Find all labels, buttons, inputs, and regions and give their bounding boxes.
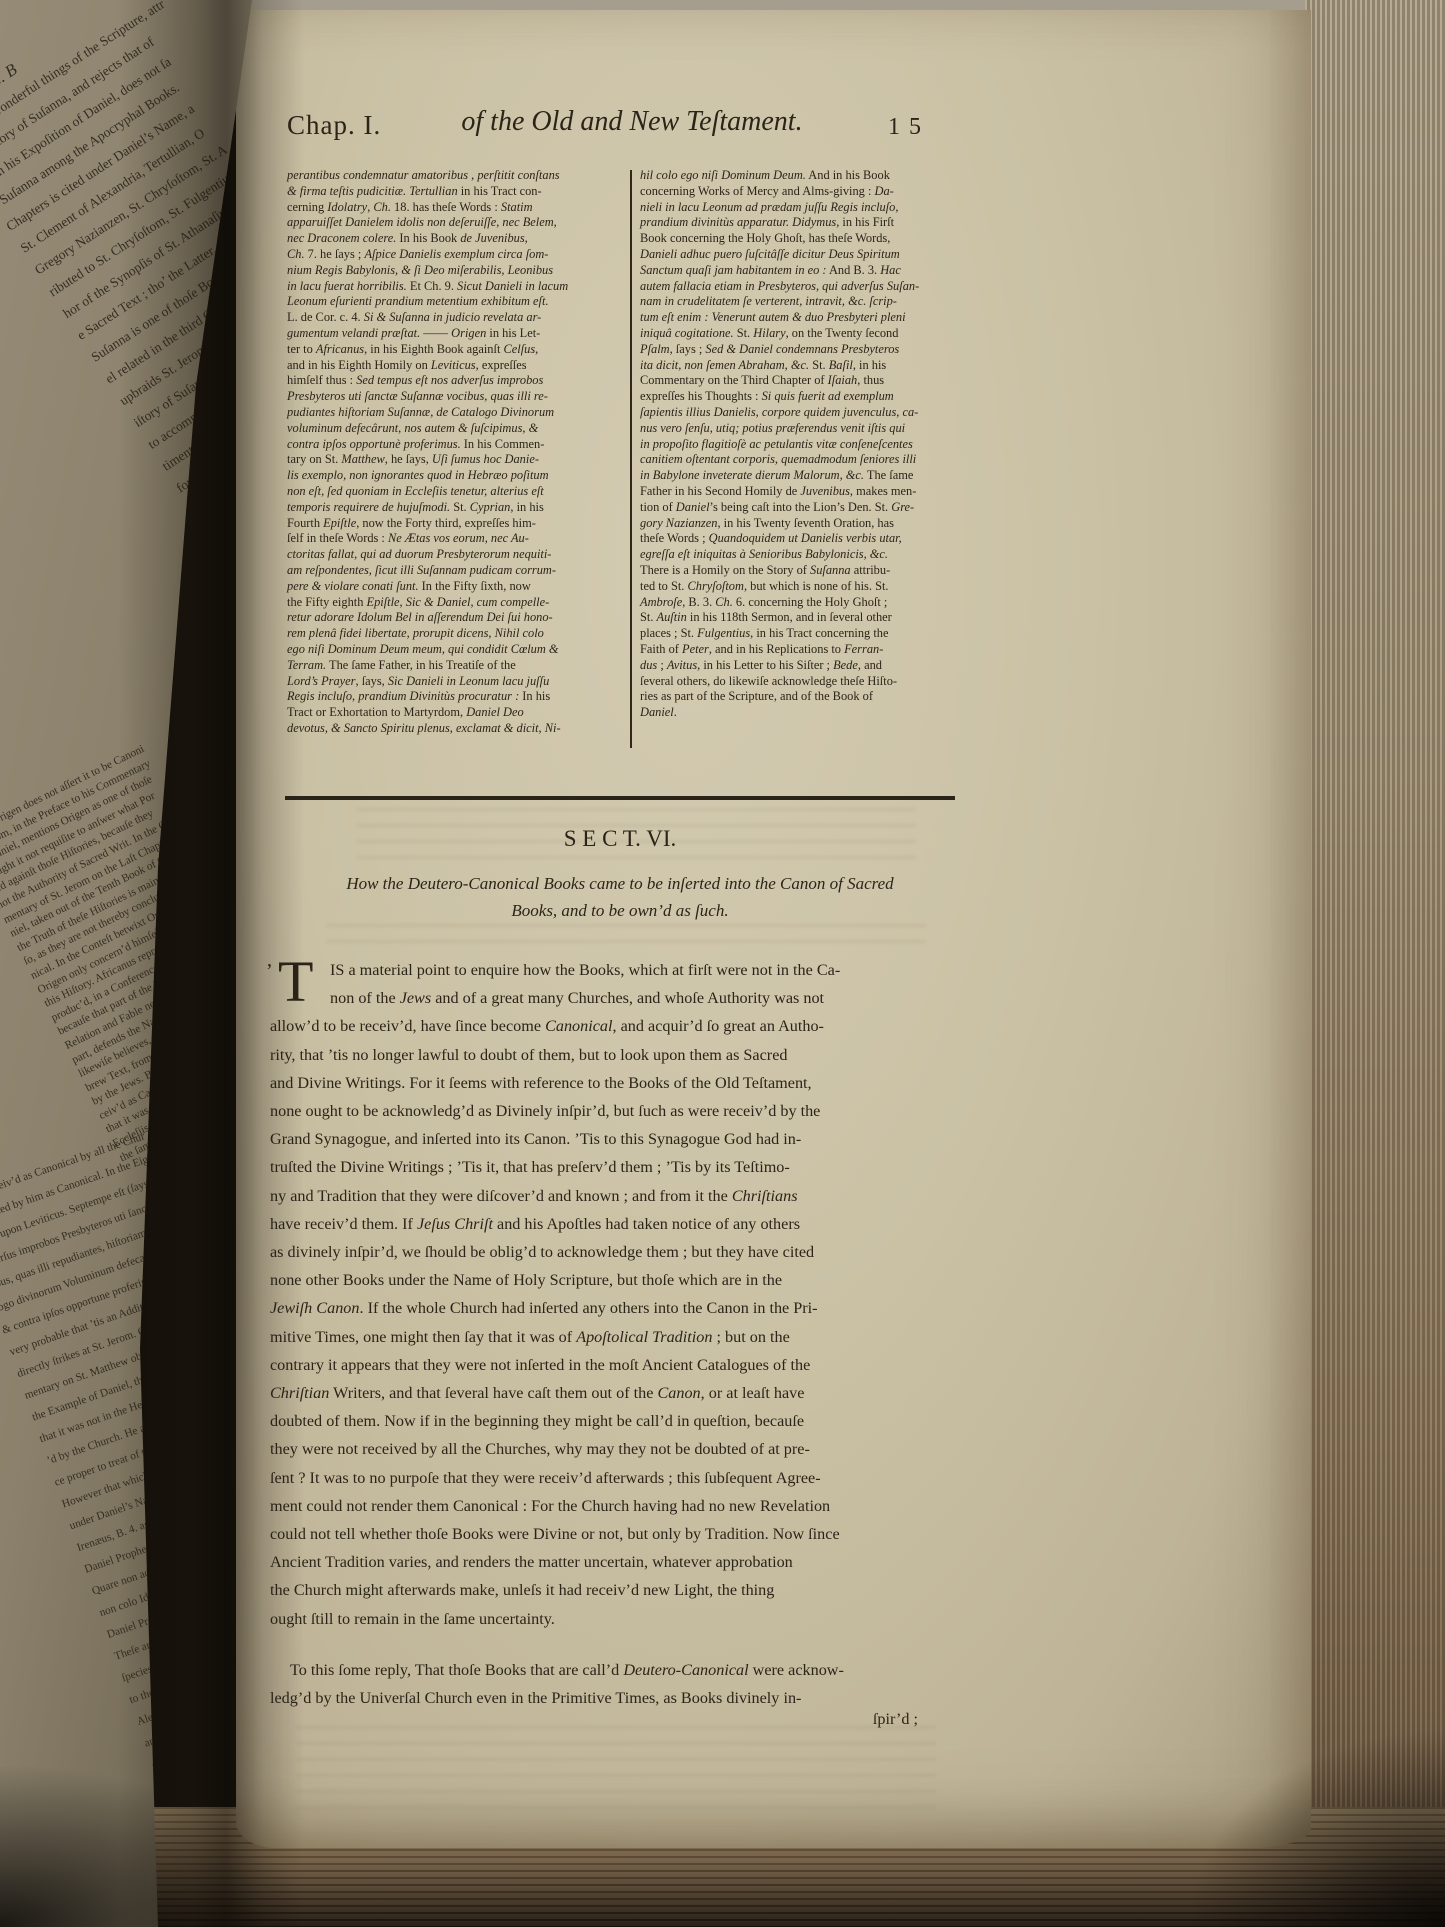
text-line: in lacu fuerat horribilis. Et Ch. 9. Sic…	[287, 279, 619, 295]
text-line: the Church might afterwards make, unleſs…	[270, 1576, 960, 1604]
text-line: Faith of Peter, and in his Replications …	[640, 642, 954, 658]
text-line: Tract or Exhortation to Martyrdom, Danie…	[287, 705, 619, 721]
text-line: concerning Works of Mercy and Alms-givin…	[640, 184, 954, 200]
text-line: ny and Tradition that they were diſcover…	[270, 1182, 960, 1210]
text-line: Ambroſe, B. 3. Ch. 6. concerning the Hol…	[640, 595, 954, 611]
text-line: pere & violare conati ſunt. In the Fifty…	[287, 579, 619, 595]
text-line: in propoſito flagitioſè ac petulantis vi…	[640, 437, 954, 453]
text-line: none ought to be acknowledg’d as Divinel…	[270, 1097, 960, 1125]
text-line: Sanctum quaſi jam habitantem in eo : And…	[640, 263, 954, 279]
text-line: nieli in lacu Leonum ad prædam juſſu Reg…	[640, 200, 954, 216]
text-line: non of the Jews and of a great many Chur…	[270, 984, 960, 1012]
text-line: ego niſi Dominum Deum meum, qui condidit…	[287, 642, 619, 658]
book-fore-edge	[1305, 0, 1445, 1927]
text-line: prandium divinitùs apparatur. Didymus, i…	[640, 215, 954, 231]
column-divider-rule	[630, 170, 632, 748]
text-line: tum eſt enim : Venerunt autem & duo Pres…	[640, 310, 954, 326]
text-line: and in his Eighth Homily on Leviticus, e…	[287, 358, 619, 374]
text-line: temporis requirere de hujuſmodi. St. Cyp…	[287, 500, 619, 516]
text-line: ſeveral others, do likewiſe acknowledge …	[640, 674, 954, 690]
text-line: the Fifty eighth Epiſtle, Sic & Daniel, …	[287, 595, 619, 611]
text-line: pudiantes hiſtoriam Suſannæ, de Catalogo…	[287, 405, 619, 421]
text-line: and Divine Writings. For it ſeems with r…	[270, 1069, 960, 1097]
text-line: voluminum defecârunt, nos autem & ſuſcip…	[287, 421, 619, 437]
text-line: theſe Words ; Quandoquidem ut Danielis v…	[640, 531, 954, 547]
text-line: perantibus condemnatur amatoribus , perſ…	[287, 168, 619, 184]
text-line: Danieli adhuc puero ſuſcitâſſe dicitur D…	[640, 247, 954, 263]
text-line: ment could not render them Canonical : F…	[270, 1492, 960, 1520]
text-line: ſelf in theſe Words : Ne Ætas vos eorum,…	[287, 531, 619, 547]
text-line: apparuiſſet Danielem idolis non deſeruiſ…	[287, 215, 619, 231]
text-line: Presbyteros uti ſanctæ Suſannæ vocibus, …	[287, 389, 619, 405]
text-line: none other Books under the Name of Holy …	[270, 1266, 960, 1294]
text-line: nam in crudelitatem ſe verterent, intrav…	[640, 294, 954, 310]
text-line: Chriſtian Writers, and that ſeveral have…	[270, 1379, 960, 1407]
text-column-left: perantibus condemnatur amatoribus , perſ…	[287, 168, 619, 737]
text-line: tary on St. Matthew, he ſays, Uſi ſumus …	[287, 452, 619, 468]
text-line: dus ; Avitus, in his Letter to his Siſte…	[640, 658, 954, 674]
text-line: contrary it appears that they were not i…	[270, 1351, 960, 1379]
section-heading-line: Books, and to be own’d as ſuch.	[285, 897, 955, 924]
facing-page-text-upper: Canon, &c. Bning the Wonderful things of…	[0, 0, 268, 522]
main-page: Chap. I. of the Old and New Teſtament. 1…	[236, 10, 1311, 1848]
text-line: ries as part of the Scripture, and of th…	[640, 689, 954, 705]
text-line: Ancient Tradition varies, and renders th…	[270, 1548, 960, 1576]
text-line: Book concerning the Holy Ghoſt, has theſ…	[640, 231, 954, 247]
text-line: Grand Synagogue, and inſerted into its C…	[270, 1125, 960, 1153]
text-line: Regis incluſo, prandium Divinitùs procur…	[287, 689, 619, 705]
text-line: cerning Idolatry, Ch. 18. has theſe Word…	[287, 200, 619, 216]
text-line: hil colo ego niſi Dominum Deum. And in h…	[640, 168, 954, 184]
text-line: ter to Africanus, in his Eighth Book aga…	[287, 342, 619, 358]
text-line: ſent ? It was to no purpoſe that they we…	[270, 1464, 960, 1492]
body-paragraph-1: IS a material point to enquire how the B…	[270, 956, 960, 1633]
photo-bottom-right-shadow	[1185, 1727, 1445, 1927]
text-line: ought ſtill to remain in the ſame uncert…	[270, 1605, 960, 1633]
section-label: S E C T. VI.	[285, 826, 955, 852]
ink-bleed-through	[296, 1726, 936, 1822]
section-divider-rule	[285, 796, 955, 800]
text-line: egreſſa eſt iniquitas à Senioribus Babyl…	[640, 547, 954, 563]
facing-page-edge: Canon, &c. Bning the Wonderful things of…	[0, 0, 268, 1927]
text-line: rity, that ’tis no longer lawful to doub…	[270, 1041, 960, 1069]
text-line: could not tell whether thoſe Books were …	[270, 1520, 960, 1548]
text-column-right: hil colo ego niſi Dominum Deum. And in h…	[640, 168, 954, 721]
text-line: & firma teſtis pudicitiæ. Tertullian in …	[287, 184, 619, 200]
facing-page-footnote: (e) Yet Origen does not aſſert it to be …	[0, 585, 268, 1167]
text-line: nium Regis Babylonis, & ſi Deo miſerabil…	[287, 263, 619, 279]
text-line: devotus, & Sancto Spiritu plenus, exclam…	[287, 721, 619, 737]
text-line: himſelf thus : Sed tempus eſt nos adverſ…	[287, 373, 619, 389]
text-line: tion of Daniel’s being caſt into the Lio…	[640, 500, 954, 516]
text-line: iniquâ cogitatione. St. Hilary, on the T…	[640, 326, 954, 342]
text-line: Father in his Second Homily de Juvenibus…	[640, 484, 954, 500]
text-line: expreſſes his Thoughts : Si quis fuerit …	[640, 389, 954, 405]
text-line: retur adorare Idolum Bel in aſſerendum D…	[287, 610, 619, 626]
text-line: have receiv’d them. If Jeſus Chriſt and …	[270, 1210, 960, 1238]
text-line: gory Nazianzen, in his Twenty ſeventh Or…	[640, 516, 954, 532]
text-line: IS a material point to enquire how the B…	[270, 956, 960, 984]
page-number: 15	[888, 114, 930, 141]
section-heading: How the Deutero-Canonical Books came to …	[285, 870, 955, 924]
text-line: autem fallacia etiam in Presbyteros, qui…	[640, 279, 954, 295]
text-line: Leonum eſurienti prandium metentium exhi…	[287, 294, 619, 310]
running-title: of the Old and New Teſtament.	[412, 106, 852, 138]
text-line: in Babylone inveterate dierum Malorum, &…	[640, 468, 954, 484]
ink-bleed-through	[326, 924, 926, 954]
text-line: Pſalm, ſays ; Sed & Daniel condemnans Pr…	[640, 342, 954, 358]
text-line: To this ſome reply, That thoſe Books tha…	[270, 1656, 960, 1684]
text-line: There is a Homily on the Story of Suſann…	[640, 563, 954, 579]
text-line: Lord’s Prayer, ſays, Sic Danieli in Leon…	[287, 674, 619, 690]
text-line: nec Draconem colere. In his Book de Juve…	[287, 231, 619, 247]
text-line: L. de Cor. c. 4. Si & Suſanna in judicio…	[287, 310, 619, 326]
text-line: ctoritas fallat, qui ad duorum Presbyter…	[287, 547, 619, 563]
text-line: Commentary on the Third Chapter of Iſaia…	[640, 373, 954, 389]
text-line: doubted of them. Now if in the beginning…	[270, 1407, 960, 1435]
text-line: places ; St. Fulgentius, in his Tract co…	[640, 626, 954, 642]
text-line: lis exemplo, non ignorantes quod in Hebr…	[287, 468, 619, 484]
text-line: Terram. The ſame Father, in his Treatiſe…	[287, 658, 619, 674]
text-line: Ch. 7. he ſays ; Aſpice Danielis exemplu…	[287, 247, 619, 263]
text-line: mitive Times, one might then ſay that it…	[270, 1323, 960, 1351]
text-line: ita dicit, non ſemen Abraham, &c. St. Ba…	[640, 358, 954, 374]
catchword: ſpir’d ;	[270, 1710, 918, 1729]
text-line: gumentum velandi præſtat. —— Origen in h…	[287, 326, 619, 342]
text-line: truſted the Divine Writings ; ’Tis it, t…	[270, 1153, 960, 1181]
text-line: nus vero ſenſu, utiq; potius præferendus…	[640, 421, 954, 437]
photo-bottom-left-shadow	[0, 1767, 300, 1927]
text-line: canitiem oſtentant corporis, quemadmodum…	[640, 452, 954, 468]
text-line: as divinely inſpir’d, we ſhould be oblig…	[270, 1238, 960, 1266]
chapter-label: Chap. I.	[287, 110, 381, 141]
text-line: Fourth Epiſtle, now the Forty third, exp…	[287, 516, 619, 532]
text-line: St. Auſtin in his 118th Sermon, and in ſ…	[640, 610, 954, 626]
text-line: Jewiſh Canon. If the whole Church had in…	[270, 1294, 960, 1322]
text-line: they were not received by all the Church…	[270, 1435, 960, 1463]
section-heading-line: How the Deutero-Canonical Books came to …	[285, 870, 955, 897]
text-line: ledg’d by the Univerſal Church even in t…	[270, 1684, 960, 1712]
text-line: ſapientis illius Danielis, corpore quide…	[640, 405, 954, 421]
text-line: non eſt, ſed quoniam in Eccleſiis tenetu…	[287, 484, 619, 500]
body-paragraph-2: To this ſome reply, That thoſe Books tha…	[270, 1656, 960, 1712]
text-line: rem plenâ fidei libertate, prorupit dice…	[287, 626, 619, 642]
text-line: am reſpondentes, ſicut illi Suſannam pud…	[287, 563, 619, 579]
text-line: allow’d to be receiv’d, have ſince becom…	[270, 1012, 960, 1040]
text-line: Daniel.	[640, 705, 954, 721]
book-photo: Chap. I. of the Old and New Teſtament. 1…	[0, 0, 1445, 1927]
text-line: contra ipſos opportunè proferimus. In hi…	[287, 437, 619, 453]
text-line: ted to St. Chryſoſtom, but which is none…	[640, 579, 954, 595]
